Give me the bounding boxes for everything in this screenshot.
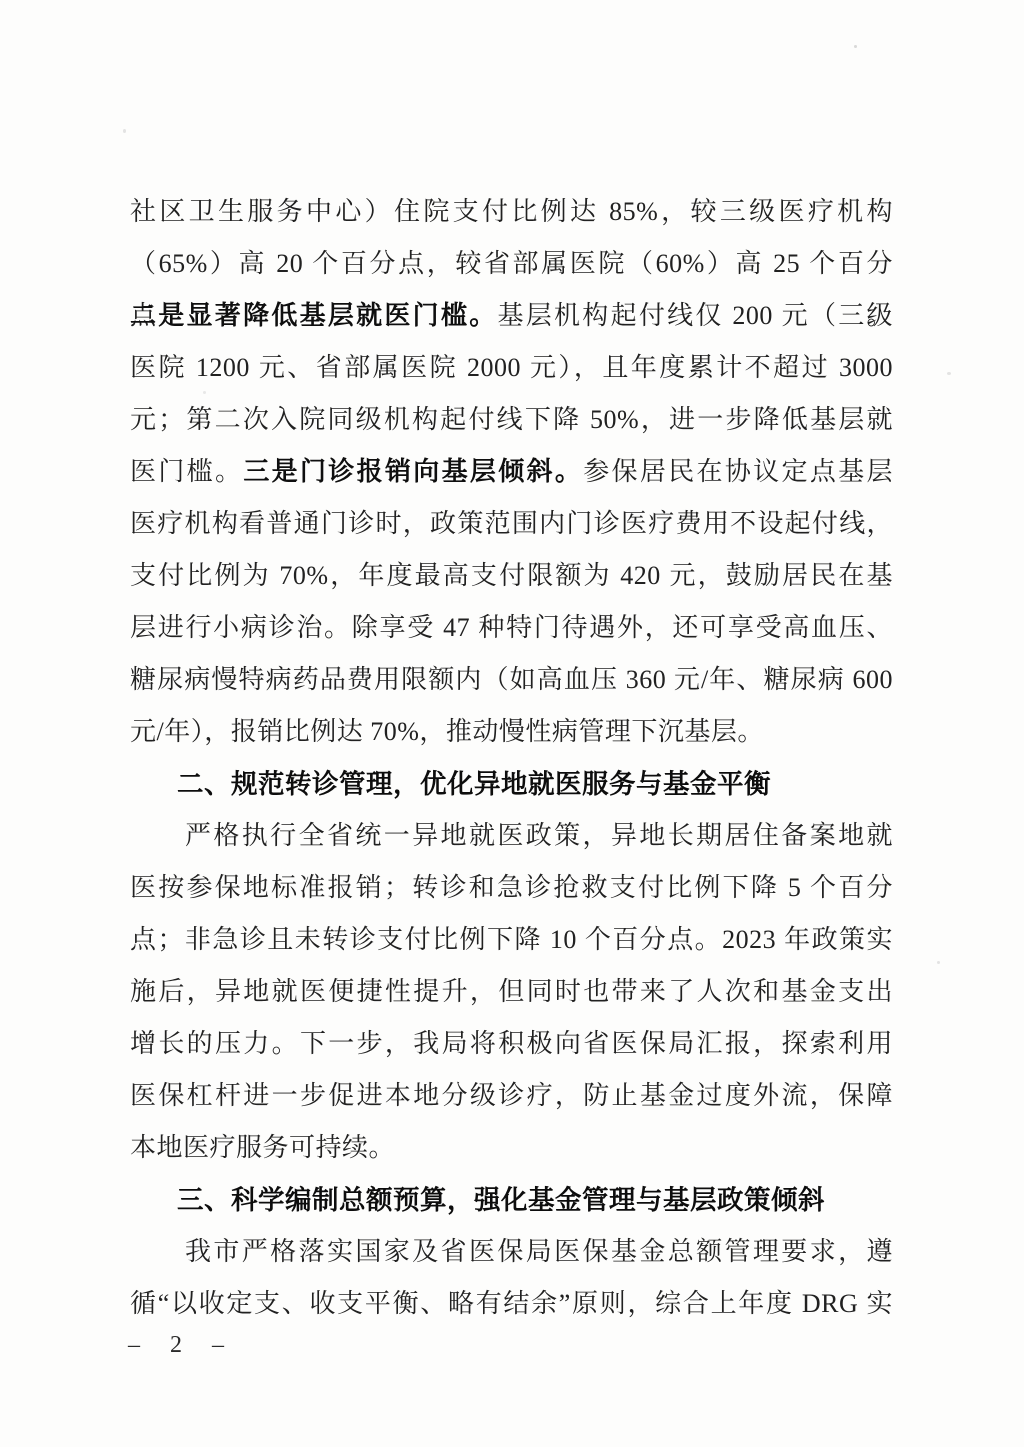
- text-line: 糖尿病慢特病药品费用限额内（如高血压 360 元/年、糖尿病 600: [130, 654, 893, 706]
- scan-noise: [123, 129, 126, 133]
- section-heading: 三、科学编制总额预算，强化基金管理与基层政策倾斜: [130, 1174, 893, 1226]
- emphasis-text: 二是显著降低基层就医门槛。: [130, 301, 498, 330]
- body-text: 医保杠杆进一步促进本地分级诊疗，防止基金过度外流，保障: [130, 1081, 893, 1110]
- text-line: 支付比例为 70%，年度最高支付限额为 420 元，鼓励居民在基: [130, 550, 893, 602]
- text-line: 医保杠杆进一步促进本地分级诊疗，防止基金过度外流，保障: [130, 1070, 893, 1122]
- emphasis-text: 三是门诊报销向基层倾斜。: [243, 457, 583, 486]
- body-text: 基层机构起付线仅 200 元（三级: [498, 301, 894, 330]
- body-text: 支付比例为 70%，年度最高支付限额为 420 元，鼓励居民在基: [130, 561, 893, 590]
- document-page: 社区卫生服务中心）住院支付比例达 85%，较三级医疗机构（65%）高 20 个百…: [0, 0, 1024, 1447]
- body-text: 医门槛。: [130, 457, 243, 486]
- scan-noise: [854, 45, 857, 48]
- body-text: 医院 1200 元、省部属医院 2000 元），且年度累计不超过 3000: [130, 353, 893, 382]
- text-line: 元/年），报销比例达 70%，推动慢性病管理下沉基层。: [130, 706, 893, 758]
- body-text: 医疗机构看普通门诊时，政策范围内门诊医疗费用不设起付线，: [130, 509, 893, 538]
- body-text: 循“以收定支、收支平衡、略有结余”原则，综合上年度 DRG 实: [130, 1289, 893, 1318]
- body-text: 社区卫生服务中心）住院支付比例达 85%，较三级医疗机构: [130, 197, 893, 226]
- body-text: 层进行小病诊治。除享受 47 种特门待遇外，还可享受高血压、: [130, 613, 893, 642]
- text-line: 社区卫生服务中心）住院支付比例达 85%，较三级医疗机构: [130, 186, 893, 238]
- body-text: 医按参保地标准报销；转诊和急诊抢救支付比例下降 5 个百分: [130, 873, 893, 902]
- text-line: 医院 1200 元、省部属医院 2000 元），且年度累计不超过 3000: [130, 342, 893, 394]
- text-line: 医按参保地标准报销；转诊和急诊抢救支付比例下降 5 个百分: [130, 862, 893, 914]
- body-text: 严格执行全省统一异地就医政策，异地长期居住备案地就: [185, 821, 893, 850]
- text-line: 施后，异地就医便捷性提升，但同时也带来了人次和基金支出: [130, 966, 893, 1018]
- document-body: 社区卫生服务中心）住院支付比例达 85%，较三级医疗机构（65%）高 20 个百…: [130, 186, 893, 1330]
- text-line: 点；非急诊且未转诊支付比例下降 10 个百分点。2023 年政策实: [130, 914, 893, 966]
- page-number: – 2 –: [128, 1332, 236, 1359]
- body-text: 元/年），报销比例达 70%，推动慢性病管理下沉基层。: [130, 717, 764, 746]
- body-text: 施后，异地就医便捷性提升，但同时也带来了人次和基金支出: [130, 977, 893, 1006]
- scan-noise: [947, 372, 951, 375]
- text-line: 严格执行全省统一异地就医政策，异地长期居住备案地就: [130, 810, 893, 862]
- body-text: 元；第二次入院同级机构起付线下降 50%，进一步降低基层就: [130, 405, 893, 434]
- text-line: 本地医疗服务可持续。: [130, 1122, 893, 1174]
- text-line: 元；第二次入院同级机构起付线下降 50%，进一步降低基层就: [130, 394, 893, 446]
- body-text: 我市严格落实国家及省医保局医保基金总额管理要求，遵: [185, 1237, 893, 1266]
- text-line: 医门槛。三是门诊报销向基层倾斜。参保居民在协议定点基层: [130, 446, 893, 498]
- scan-noise: [203, 391, 206, 394]
- body-text: 糖尿病慢特病药品费用限额内（如高血压 360 元/年、糖尿病 600: [130, 665, 893, 694]
- body-text: 参保居民在协议定点基层: [583, 457, 893, 486]
- scan-noise: [937, 961, 940, 964]
- text-line: 医疗机构看普通门诊时，政策范围内门诊医疗费用不设起付线，: [130, 498, 893, 550]
- section-heading: 二、规范转诊管理，优化异地就医服务与基金平衡: [130, 758, 893, 810]
- text-line: 增长的压力。下一步，我局将积极向省医保局汇报，探索利用: [130, 1018, 893, 1070]
- text-line: 我市严格落实国家及省医保局医保基金总额管理要求，遵: [130, 1226, 893, 1278]
- text-line: 层进行小病诊治。除享受 47 种特门待遇外，还可享受高血压、: [130, 602, 893, 654]
- text-line: 二是显著降低基层就医门槛。基层机构起付线仅 200 元（三级: [130, 290, 893, 342]
- text-line: （65%）高 20 个百分点，较省部属医院（60%）高 25 个百分点。: [130, 238, 893, 290]
- text-line: 循“以收定支、收支平衡、略有结余”原则，综合上年度 DRG 实: [130, 1278, 893, 1330]
- body-text: 增长的压力。下一步，我局将积极向省医保局汇报，探索利用: [130, 1029, 893, 1058]
- body-text: 点；非急诊且未转诊支付比例下降 10 个百分点。2023 年政策实: [130, 925, 893, 954]
- body-text: 本地医疗服务可持续。: [130, 1133, 395, 1162]
